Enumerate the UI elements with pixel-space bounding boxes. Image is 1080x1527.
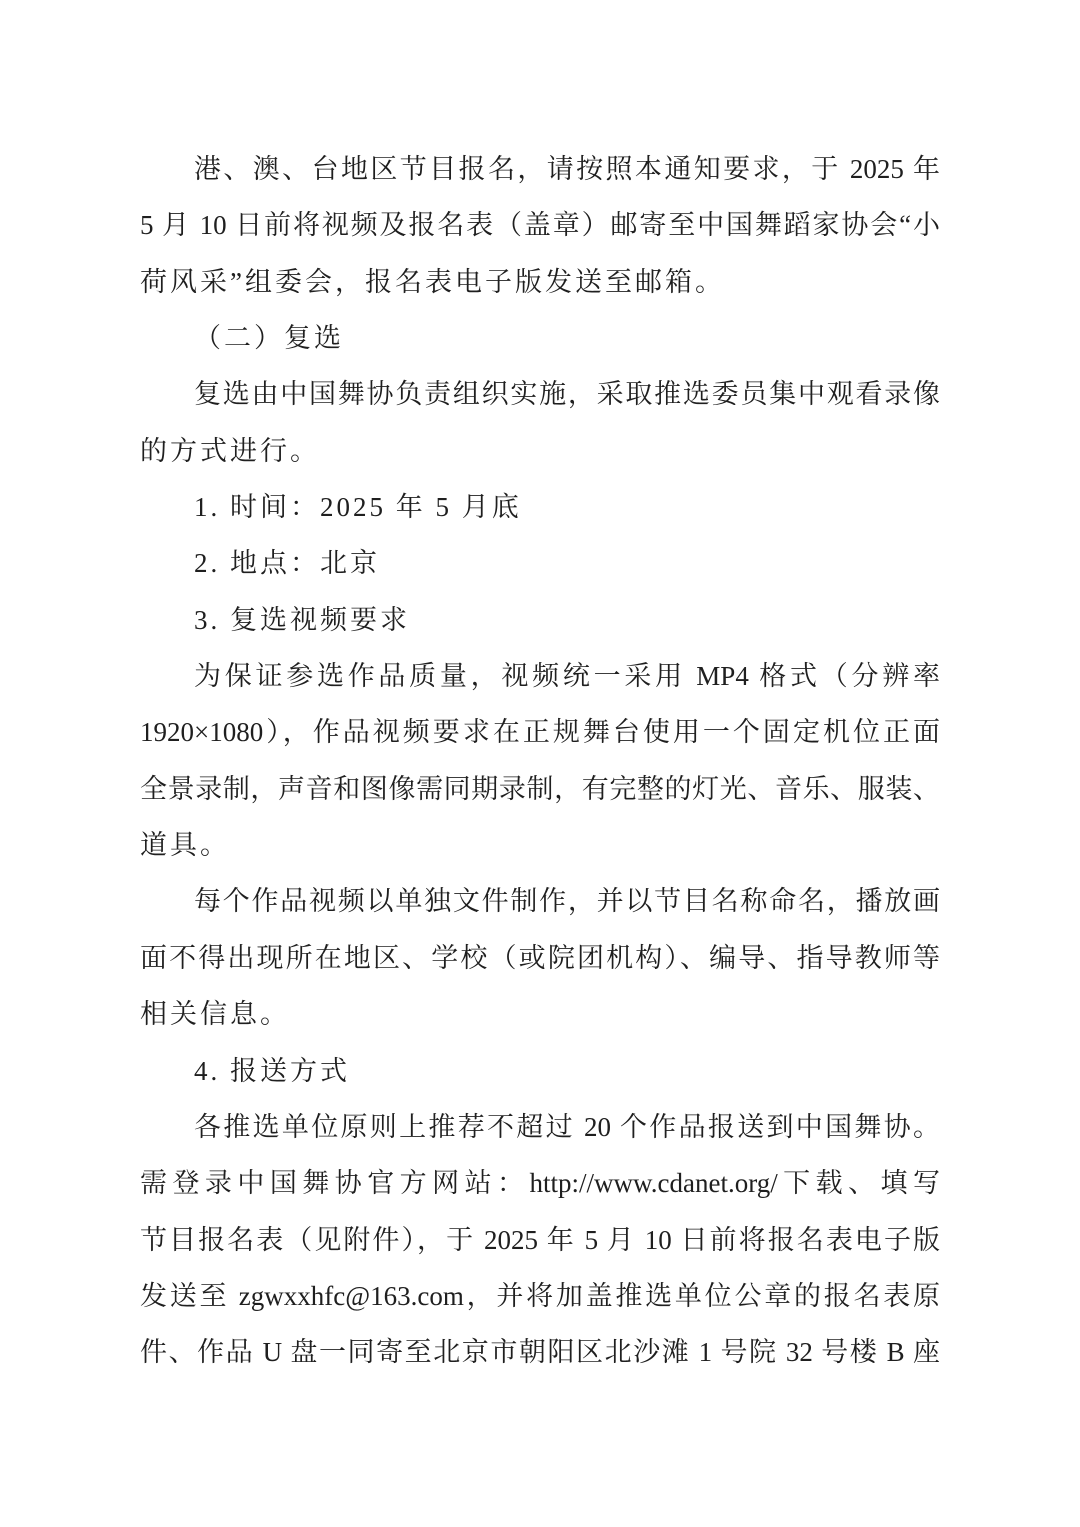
text-line: 复选由中国舞协负责组织实施，采取推选委员集中观看录像: [140, 366, 940, 422]
text-line: 为保证参选作品质量，视频统一采用 MP4 格式（分辨率: [140, 648, 940, 704]
text-line: 的方式进行。: [140, 423, 940, 479]
text-line: 5 月 10 日前将视频及报名表（盖章）邮寄至中国舞蹈家协会“小: [140, 197, 940, 253]
text-line: 各推选单位原则上推荐不超过 20 个作品报送到中国舞协。: [140, 1099, 940, 1155]
text-line: 节目报名表（见附件），于 2025 年 5 月 10 日前将报名表电子版: [140, 1212, 940, 1268]
text-line: 道具。: [140, 817, 940, 873]
text-line-address: 件、作品 U 盘一同寄至北京市朝阳区北沙滩 1 号院 32 号楼 B 座: [140, 1324, 940, 1380]
text-line: 全景录制，声音和图像需同期录制，有完整的灯光、音乐、服装、: [140, 761, 940, 817]
text-line: 1920×1080），作品视频要求在正规舞台使用一个固定机位正面: [140, 704, 940, 760]
list-item-time: 1. 时间：2025 年 5 月底: [140, 479, 940, 535]
text-line: 港、澳、台地区节目报名，请按照本通知要求，于 2025 年: [140, 141, 940, 197]
list-item-submission-method: 4. 报送方式: [140, 1043, 940, 1099]
text-line: 相关信息。: [140, 986, 940, 1042]
text-line: 面不得出现所在地区、学校（或院团机构）、编导、指导教师等: [140, 930, 940, 986]
section-heading: （二）复选: [140, 310, 940, 366]
document-body: 港、澳、台地区节目报名，请按照本通知要求，于 2025 年 5 月 10 日前将…: [140, 141, 940, 1381]
list-item-place: 2. 地点：北京: [140, 535, 940, 591]
text-line: 荷风采”组委会，报名表电子版发送至邮箱。: [140, 254, 940, 310]
text-line: 每个作品视频以单独文件制作，并以节目名称命名，播放画: [140, 873, 940, 929]
document-page: 港、澳、台地区节目报名，请按照本通知要求，于 2025 年 5 月 10 日前将…: [0, 0, 1080, 1527]
text-line-website: 需登录中国舞协官方网站：http://www.cdanet.org/下载、填写: [140, 1155, 940, 1211]
list-item-video-requirements: 3. 复选视频要求: [140, 592, 940, 648]
text-line-email: 发送至 zgwxxhfc@163.com，并将加盖推选单位公章的报名表原: [140, 1268, 940, 1324]
